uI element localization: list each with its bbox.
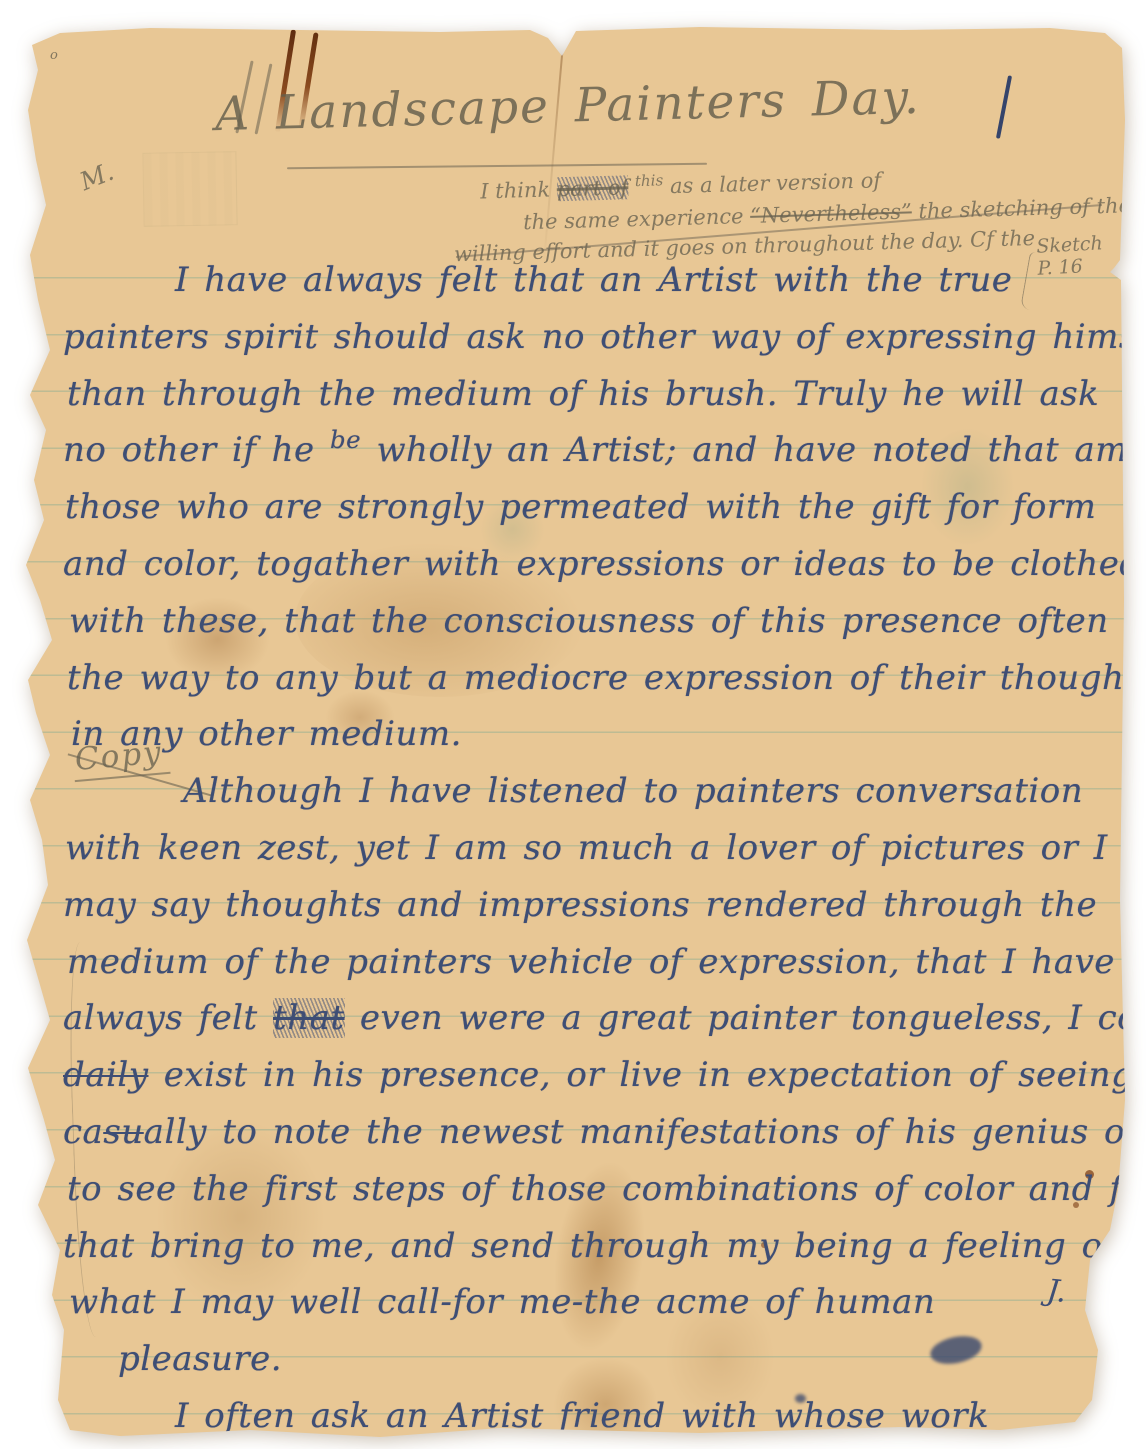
manuscript-line: those who are strongly permeated with th…	[63, 479, 1118, 536]
title-underline	[287, 163, 707, 169]
manuscript-line: in any other medium.	[63, 706, 1118, 763]
manuscript-line: and color, togather with expressions or …	[63, 536, 1118, 593]
text-segment: pleasure.	[118, 1339, 282, 1379]
text-segment: that bring to me, and send through my be…	[63, 1226, 1116, 1266]
margin-initial: M.	[76, 157, 118, 196]
manuscript-line: casually to note the newest manifestatio…	[63, 1104, 1118, 1161]
text-segment: this	[635, 171, 664, 190]
text-segment: to see the first steps of those combinat…	[67, 1169, 1146, 1209]
manuscript-line: to see the first steps of those combinat…	[63, 1161, 1118, 1218]
manuscript-line: pleasure.	[63, 1331, 1118, 1388]
text-segment: with these, that the consciousness of th…	[69, 601, 1146, 641]
page-title: A Landscape Painters Day.	[214, 67, 1045, 142]
text-segment: than through the medium of his brush. Tr…	[67, 374, 1099, 414]
text-segment: I think	[480, 177, 557, 203]
manuscript-line: Although I have listened to painters con…	[63, 763, 1118, 820]
text-segment: the way to any but a mediocre expression…	[67, 658, 1139, 698]
manuscript-line: what I may well call-for me-the acme of …	[63, 1274, 1118, 1331]
text-segment: the sketching of the	[911, 193, 1131, 223]
text-segment: and color, togather with expressions or …	[63, 544, 1142, 584]
manuscript-line: that bring to me, and send through my be…	[63, 1218, 1118, 1275]
manuscript-line: medium of the painters vehicle of expres…	[63, 934, 1118, 991]
text-segment: I often ask an Artist friend with whose …	[175, 1396, 989, 1436]
text-segment: what I may well call-for me-the acme of …	[69, 1282, 935, 1322]
text-segment: Although I have listened to painters con…	[183, 771, 1083, 811]
text-segment: as a later version of	[663, 168, 881, 198]
text-segment: that	[273, 998, 345, 1038]
manuscript-line: than through the medium of his brush. Tr…	[63, 366, 1118, 423]
manuscript-line: may say thoughts and impressions rendere…	[63, 877, 1118, 934]
manuscript-line: with these, that the consciousness of th…	[63, 593, 1118, 650]
manuscript-line: painters spirit should ask no other way …	[63, 309, 1118, 366]
text-segment: exist in his presence, or live in expect…	[149, 1055, 1146, 1095]
text-segment: in any other medium.	[71, 714, 462, 754]
text-segment: ca	[63, 1112, 103, 1152]
text-segment: ally to note the newest manifestations o…	[144, 1112, 1142, 1152]
manuscript-line: I often ask an Artist friend with whose …	[63, 1388, 1118, 1445]
text-segment: “Nevertheless”	[750, 199, 912, 228]
manuscript-line: with keen zest, yet I am so much a lover…	[63, 820, 1118, 877]
text-segment: wholly an Artist; and have noted that am…	[361, 430, 1146, 470]
manuscript-body: I have always felt that an Artist with t…	[63, 252, 1118, 1445]
text-segment: be	[330, 425, 361, 454]
text-segment: medium of the painters vehicle of expres…	[67, 942, 1115, 982]
text-segment: those who are strongly permeated with th…	[65, 487, 1096, 527]
corner-pencil-dot: o	[50, 48, 58, 63]
text-segment: painters spirit should ask no other way …	[63, 317, 1146, 357]
manuscript-line: daily exist in his presence, or live in …	[63, 1047, 1118, 1104]
manuscript-page-wrapper: A Landscape Painters Day. I think part o…	[0, 0, 1146, 1449]
manuscript-line: always felt that even were a great paint…	[63, 990, 1118, 1047]
text-segment: no other if he	[63, 430, 330, 470]
text-segment: su	[103, 1112, 143, 1152]
manuscript-line: no other if he be wholly an Artist; and …	[63, 422, 1118, 479]
text-segment: part of	[556, 175, 628, 201]
paper-sheet: A Landscape Painters Day. I think part o…	[25, 22, 1125, 1442]
text-segment: I have always felt that an Artist with t…	[175, 260, 1012, 300]
text-segment: the same experience	[523, 204, 751, 234]
text-segment: may say thoughts and impressions rendere…	[63, 885, 1097, 925]
manuscript-line: the way to any but a mediocre expression…	[63, 650, 1118, 707]
text-segment: even were a great painter tongueless, I …	[345, 998, 1146, 1038]
manuscript-line: I have always felt that an Artist with t…	[63, 252, 1118, 309]
embossed-stamp	[142, 151, 237, 227]
text-segment: always felt	[63, 998, 273, 1038]
text-segment: daily	[63, 1055, 149, 1095]
text-segment: with keen zest, yet I am so much a lover…	[65, 828, 1108, 868]
